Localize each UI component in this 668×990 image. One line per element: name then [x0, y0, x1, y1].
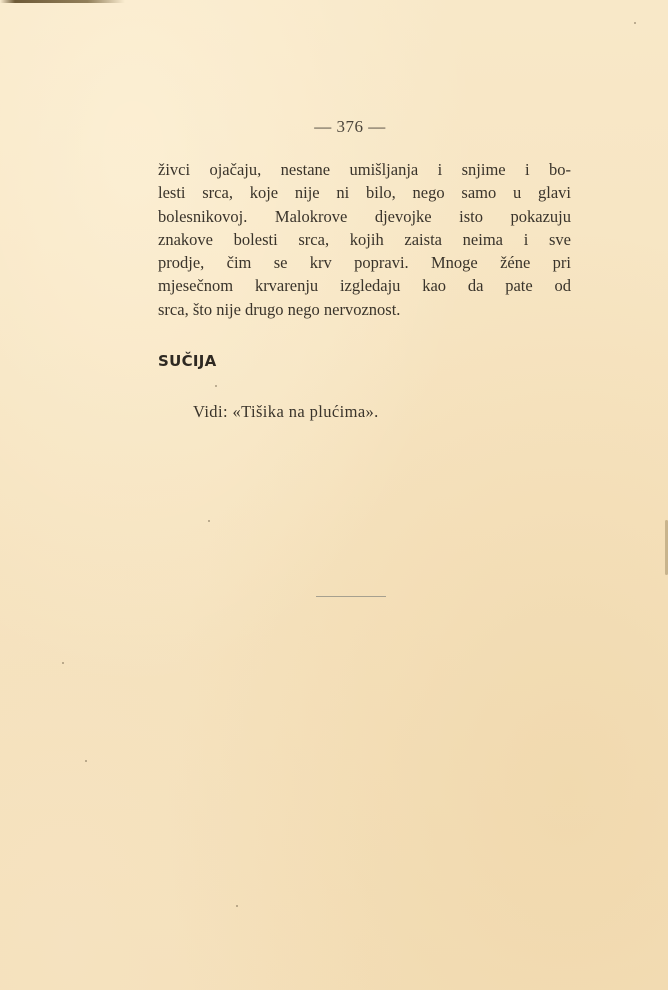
text-line: mjesečnom krvarenju izgledaju kao da pat…	[158, 274, 571, 297]
text-line: srca, što nije drugo nego nervoznost.	[158, 298, 571, 321]
text-line: lesti srca, koje nije ni bilo, nego samo…	[158, 181, 571, 204]
text-line: bolesnikovoj. Malokrove djevojke isto po…	[158, 205, 571, 228]
paper-speck	[215, 385, 217, 387]
text-line: prodje, čim se krv popravi. Mnoge žéne p…	[158, 251, 571, 274]
paper-speck	[62, 662, 64, 664]
section-heading: SUČIJA	[158, 352, 217, 370]
cross-reference: Vidi: «Tišika na plućima».	[193, 402, 379, 422]
body-paragraph: živci ojačaju, nestane umišljanja i snji…	[158, 158, 571, 321]
paper-speck	[634, 22, 636, 24]
text-line: znakove bolesti srca, kojih zaista neima…	[158, 228, 571, 251]
paper-speck	[85, 760, 87, 762]
page-edge-shadow	[0, 0, 125, 3]
paper-speck	[236, 905, 238, 907]
end-of-section-rule	[316, 596, 386, 597]
text-line: živci ojačaju, nestane umišljanja i snji…	[158, 158, 571, 181]
page-number: — 376 —	[0, 117, 668, 137]
paper-speck	[208, 520, 210, 522]
